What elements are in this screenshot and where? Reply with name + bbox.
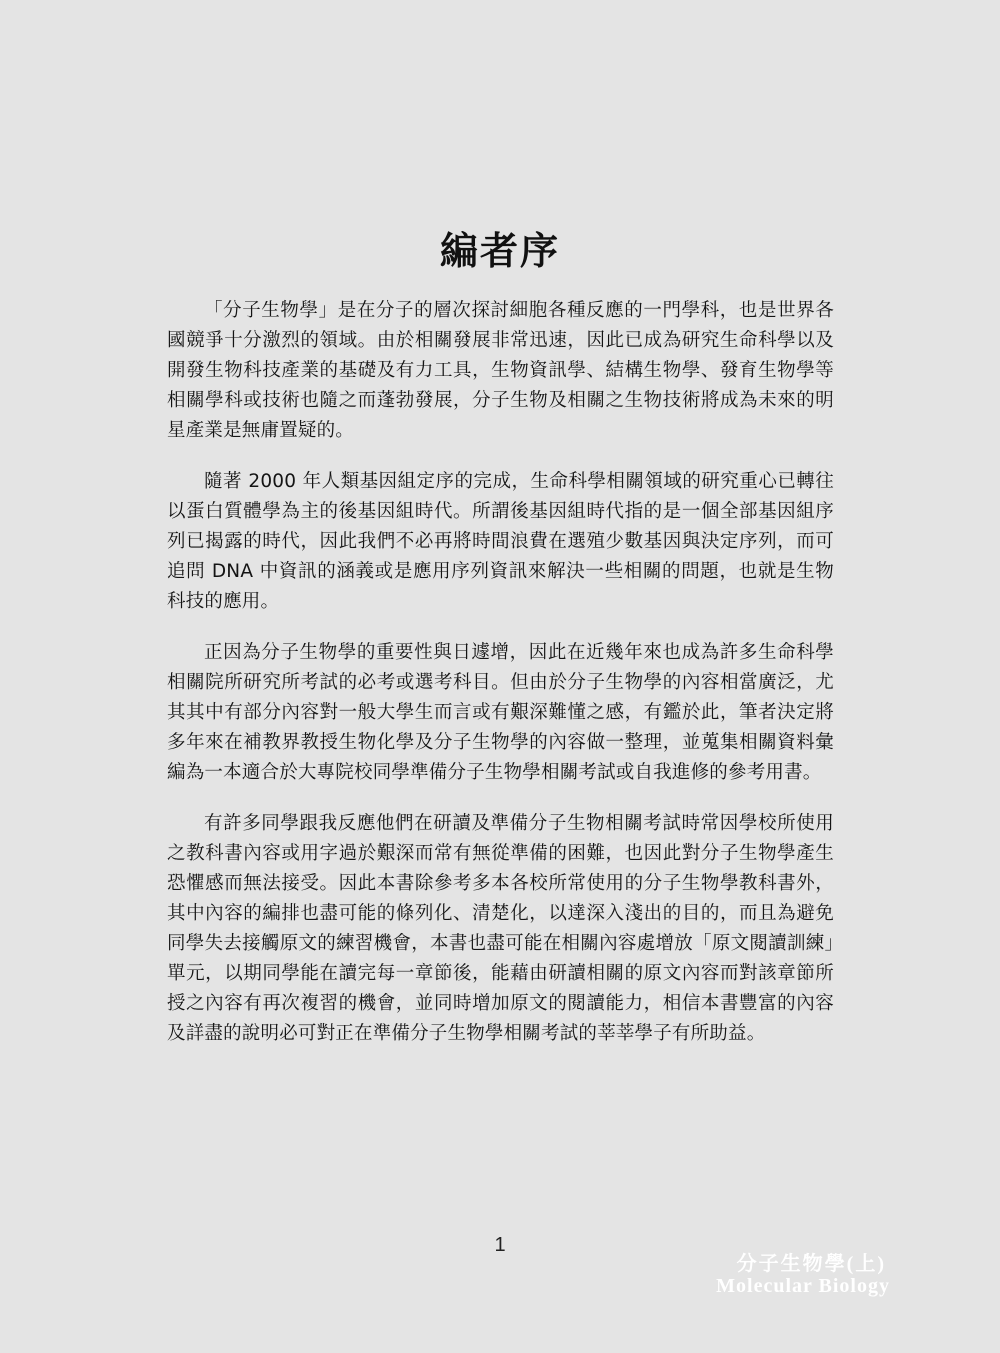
preface-body: 「分子生物學」是在分子的層次探討細胞各種反應的一門學科，也是世界各國競爭十分激烈… — [167, 296, 834, 1070]
preface-paragraph-3: 正因為分子生物學的重要性與日遽增，因此在近幾年來也成為許多生命科學相關院所研究所… — [167, 638, 834, 788]
page-number: 1 — [490, 1234, 510, 1257]
page-title: 編者序 — [0, 225, 1000, 277]
preface-paragraph-4: 有許多同學跟我反應他們在研讀及準備分子生物相關考試時常因學校所使用之教科書內容或… — [167, 809, 834, 1049]
running-footer: 分子生物學(上) Molecular Biology — [660, 1253, 890, 1297]
preface-paragraph-1: 「分子生物學」是在分子的層次探討細胞各種反應的一門學科，也是世界各國競爭十分激烈… — [167, 296, 834, 446]
footer-book-title-cn: 分子生物學(上) — [660, 1253, 890, 1275]
footer-book-title-en: Molecular Biology — [660, 1275, 890, 1297]
preface-paragraph-2: 隨著 2000 年人類基因組定序的完成，生命科學相關領域的研究重心已轉往以蛋白質… — [167, 467, 834, 617]
